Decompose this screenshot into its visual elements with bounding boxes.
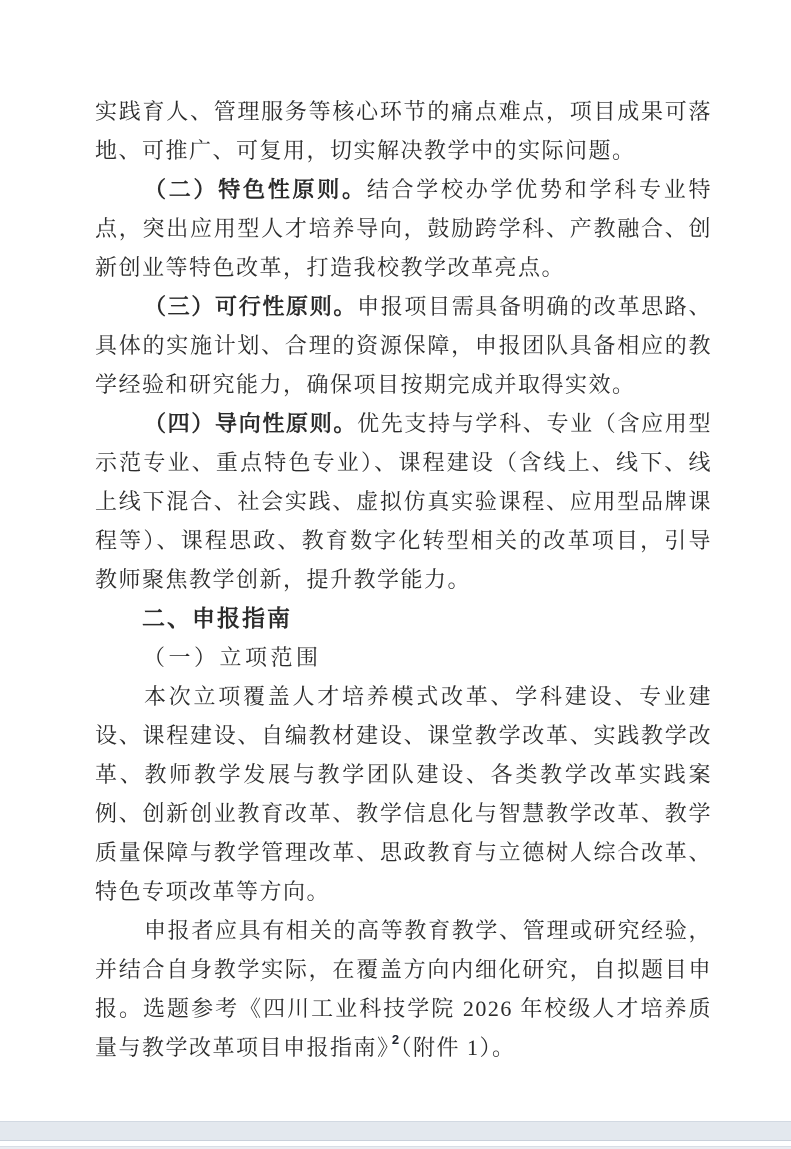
paragraph-principle-2: （二）特色性原则。结合学校办学优势和学科专业特点，突出应用型人才培养导向，鼓励跨… xyxy=(95,170,712,287)
paragraph-scope: 本次立项覆盖人才培养模式改革、学科建设、专业建设、课程建设、自编教材建设、课堂教… xyxy=(95,677,712,911)
sub-heading: （一）立项范围 xyxy=(95,638,712,677)
page-number: 2 xyxy=(0,1032,791,1047)
paragraph-principle-3: （三）可行性原则。申报项目需具备明确的改革思路、具体的实施计划、合理的资源保障，… xyxy=(95,287,712,404)
principle-2-title: （二）特色性原则。 xyxy=(144,177,367,202)
document-page: 实践育人、管理服务等核心环节的痛点难点，项目成果可落地、可推广、可复用，切实解决… xyxy=(0,0,791,1122)
principle-4-text: 优先支持与学科、专业（含应用型示范专业、重点特色专业）、课程建设（含线上、线下、… xyxy=(95,411,712,592)
page-text-area: 实践育人、管理服务等核心环节的痛点难点，项目成果可落地、可推广、可复用，切实解决… xyxy=(95,92,712,1067)
principle-3-title: （三）可行性原则。 xyxy=(144,294,357,319)
section-heading: 二、申报指南 xyxy=(95,599,712,638)
document-viewer: 实践育人、管理服务等核心环节的痛点难点，项目成果可落地、可推广、可复用，切实解决… xyxy=(0,0,791,1149)
page-gap-band xyxy=(0,1121,791,1141)
paragraph-principle-4: （四）导向性原则。优先支持与学科、专业（含应用型示范专业、重点特色专业）、课程建… xyxy=(95,404,712,599)
principle-4-title: （四）导向性原则。 xyxy=(144,411,357,436)
paragraph-continued: 实践育人、管理服务等核心环节的痛点难点，项目成果可落地、可推广、可复用，切实解决… xyxy=(95,92,712,170)
